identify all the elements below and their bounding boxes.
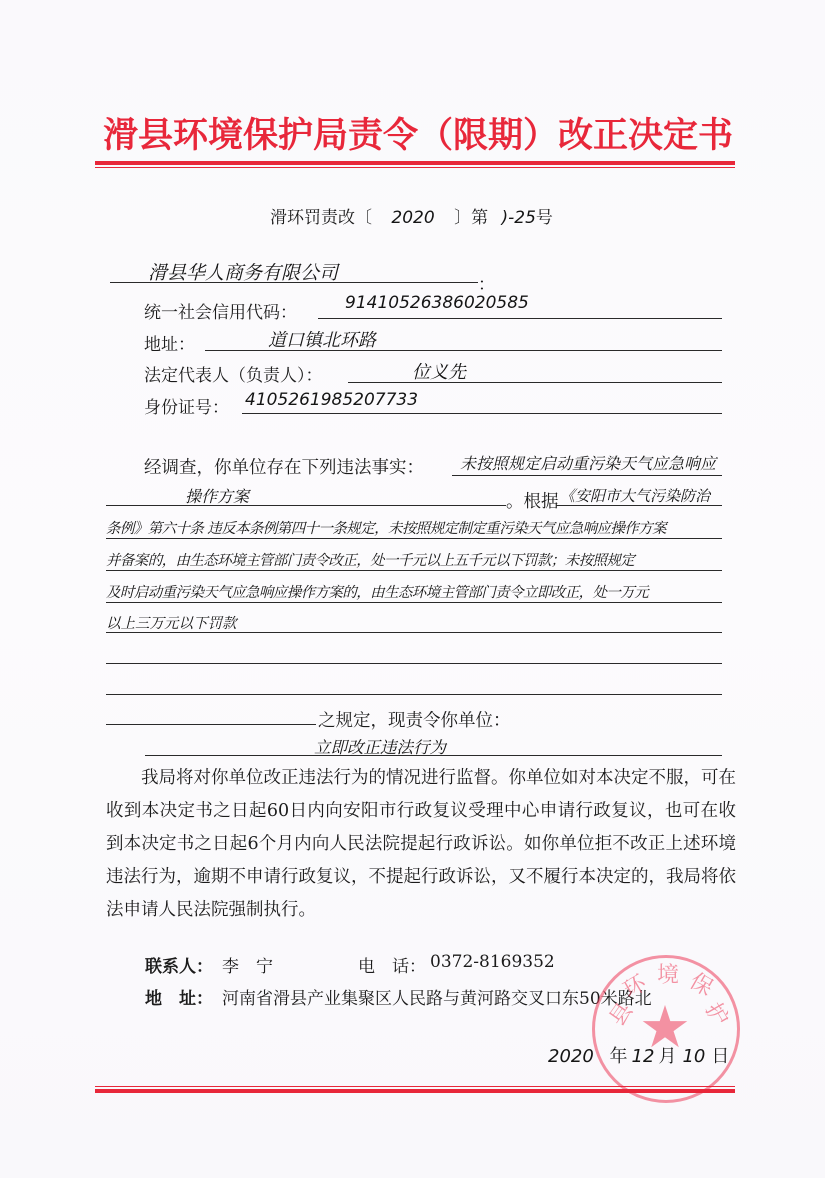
- address-value: 道口镇北环路: [268, 326, 376, 352]
- top-red-divider: [95, 161, 735, 168]
- contact-address-label: 地 址：: [145, 984, 213, 1009]
- legal-rep-value: 位义先: [412, 358, 466, 384]
- bottom-red-divider: [95, 1086, 735, 1093]
- address-label: 地址：: [144, 330, 195, 355]
- contact-phone-label: 电 话：: [358, 952, 426, 977]
- id-number-label: 身份证号：: [144, 393, 229, 418]
- violation-intro: 经调查，你单位存在下列违法事实：: [144, 454, 424, 479]
- issue-date: 2020 年12月10日: [548, 1042, 729, 1068]
- legal-basis-line5: 以上三万元以下罚款: [106, 612, 237, 633]
- violation-fact-line2: 操作方案: [185, 484, 249, 507]
- credit-code-label: 统一社会信用代码：: [144, 298, 297, 323]
- contact-address-value: 河南省滑县产业集聚区人民路与黄河路交叉口东50米路北: [222, 984, 652, 1009]
- contact-person-value: 李 宁: [222, 952, 273, 977]
- legal-basis-line3: 并备案的，由生态环境主管部门责令改正，处一千元以上五千元以下罚款；未按照规定: [106, 549, 634, 570]
- recipient-name: 滑县华人商务有限公司: [148, 258, 338, 285]
- recipient-underline: [110, 282, 478, 283]
- violation-fact-line1: 未按照规定启动重污染天气应急响应: [460, 451, 716, 474]
- document-page: 滑县环境保护局责令（限期）改正决定书 滑环罚责改〔 2020 〕第 )-25号 …: [0, 0, 825, 1178]
- official-seal: 县 环 境 保 护 ★: [592, 955, 740, 1103]
- basis-label: 。根据: [506, 488, 559, 513]
- document-number: 滑环罚责改〔 2020 〕第 )-25号: [270, 203, 553, 228]
- notice-paragraph: 我局将对你单位改正违法行为的情况进行监督。你单位如对本决定不服，可在收到本决定书…: [106, 762, 736, 927]
- credit-code-value: 91410526386020585: [345, 293, 529, 313]
- id-number-value: 4105261985207733: [245, 390, 418, 410]
- order-intro: 之规定，现责令你单位：: [318, 707, 511, 732]
- legal-rep-label: 法定代表人（负责人）：: [144, 361, 323, 386]
- doc-year: 2020: [391, 208, 434, 228]
- doc-serial: )-25: [501, 208, 535, 228]
- legal-basis-line2: 条例》第六十条 违反本条例第四十一条规定，未按照规定制定重污染天气应急响应操作方…: [106, 517, 666, 538]
- document-title: 滑县环境保护局责令（限期）改正决定书: [98, 108, 738, 158]
- contact-phone-value: 0372-8169352: [430, 952, 555, 972]
- legal-basis-line4: 及时启动重污染天气应急响应操作方案的，由生态环境主管部门责令立即改正，处一万元: [106, 581, 648, 602]
- contact-person-label: 联系人：: [145, 952, 213, 977]
- legal-basis-line1: 《安阳市大气污染防治: [560, 485, 710, 506]
